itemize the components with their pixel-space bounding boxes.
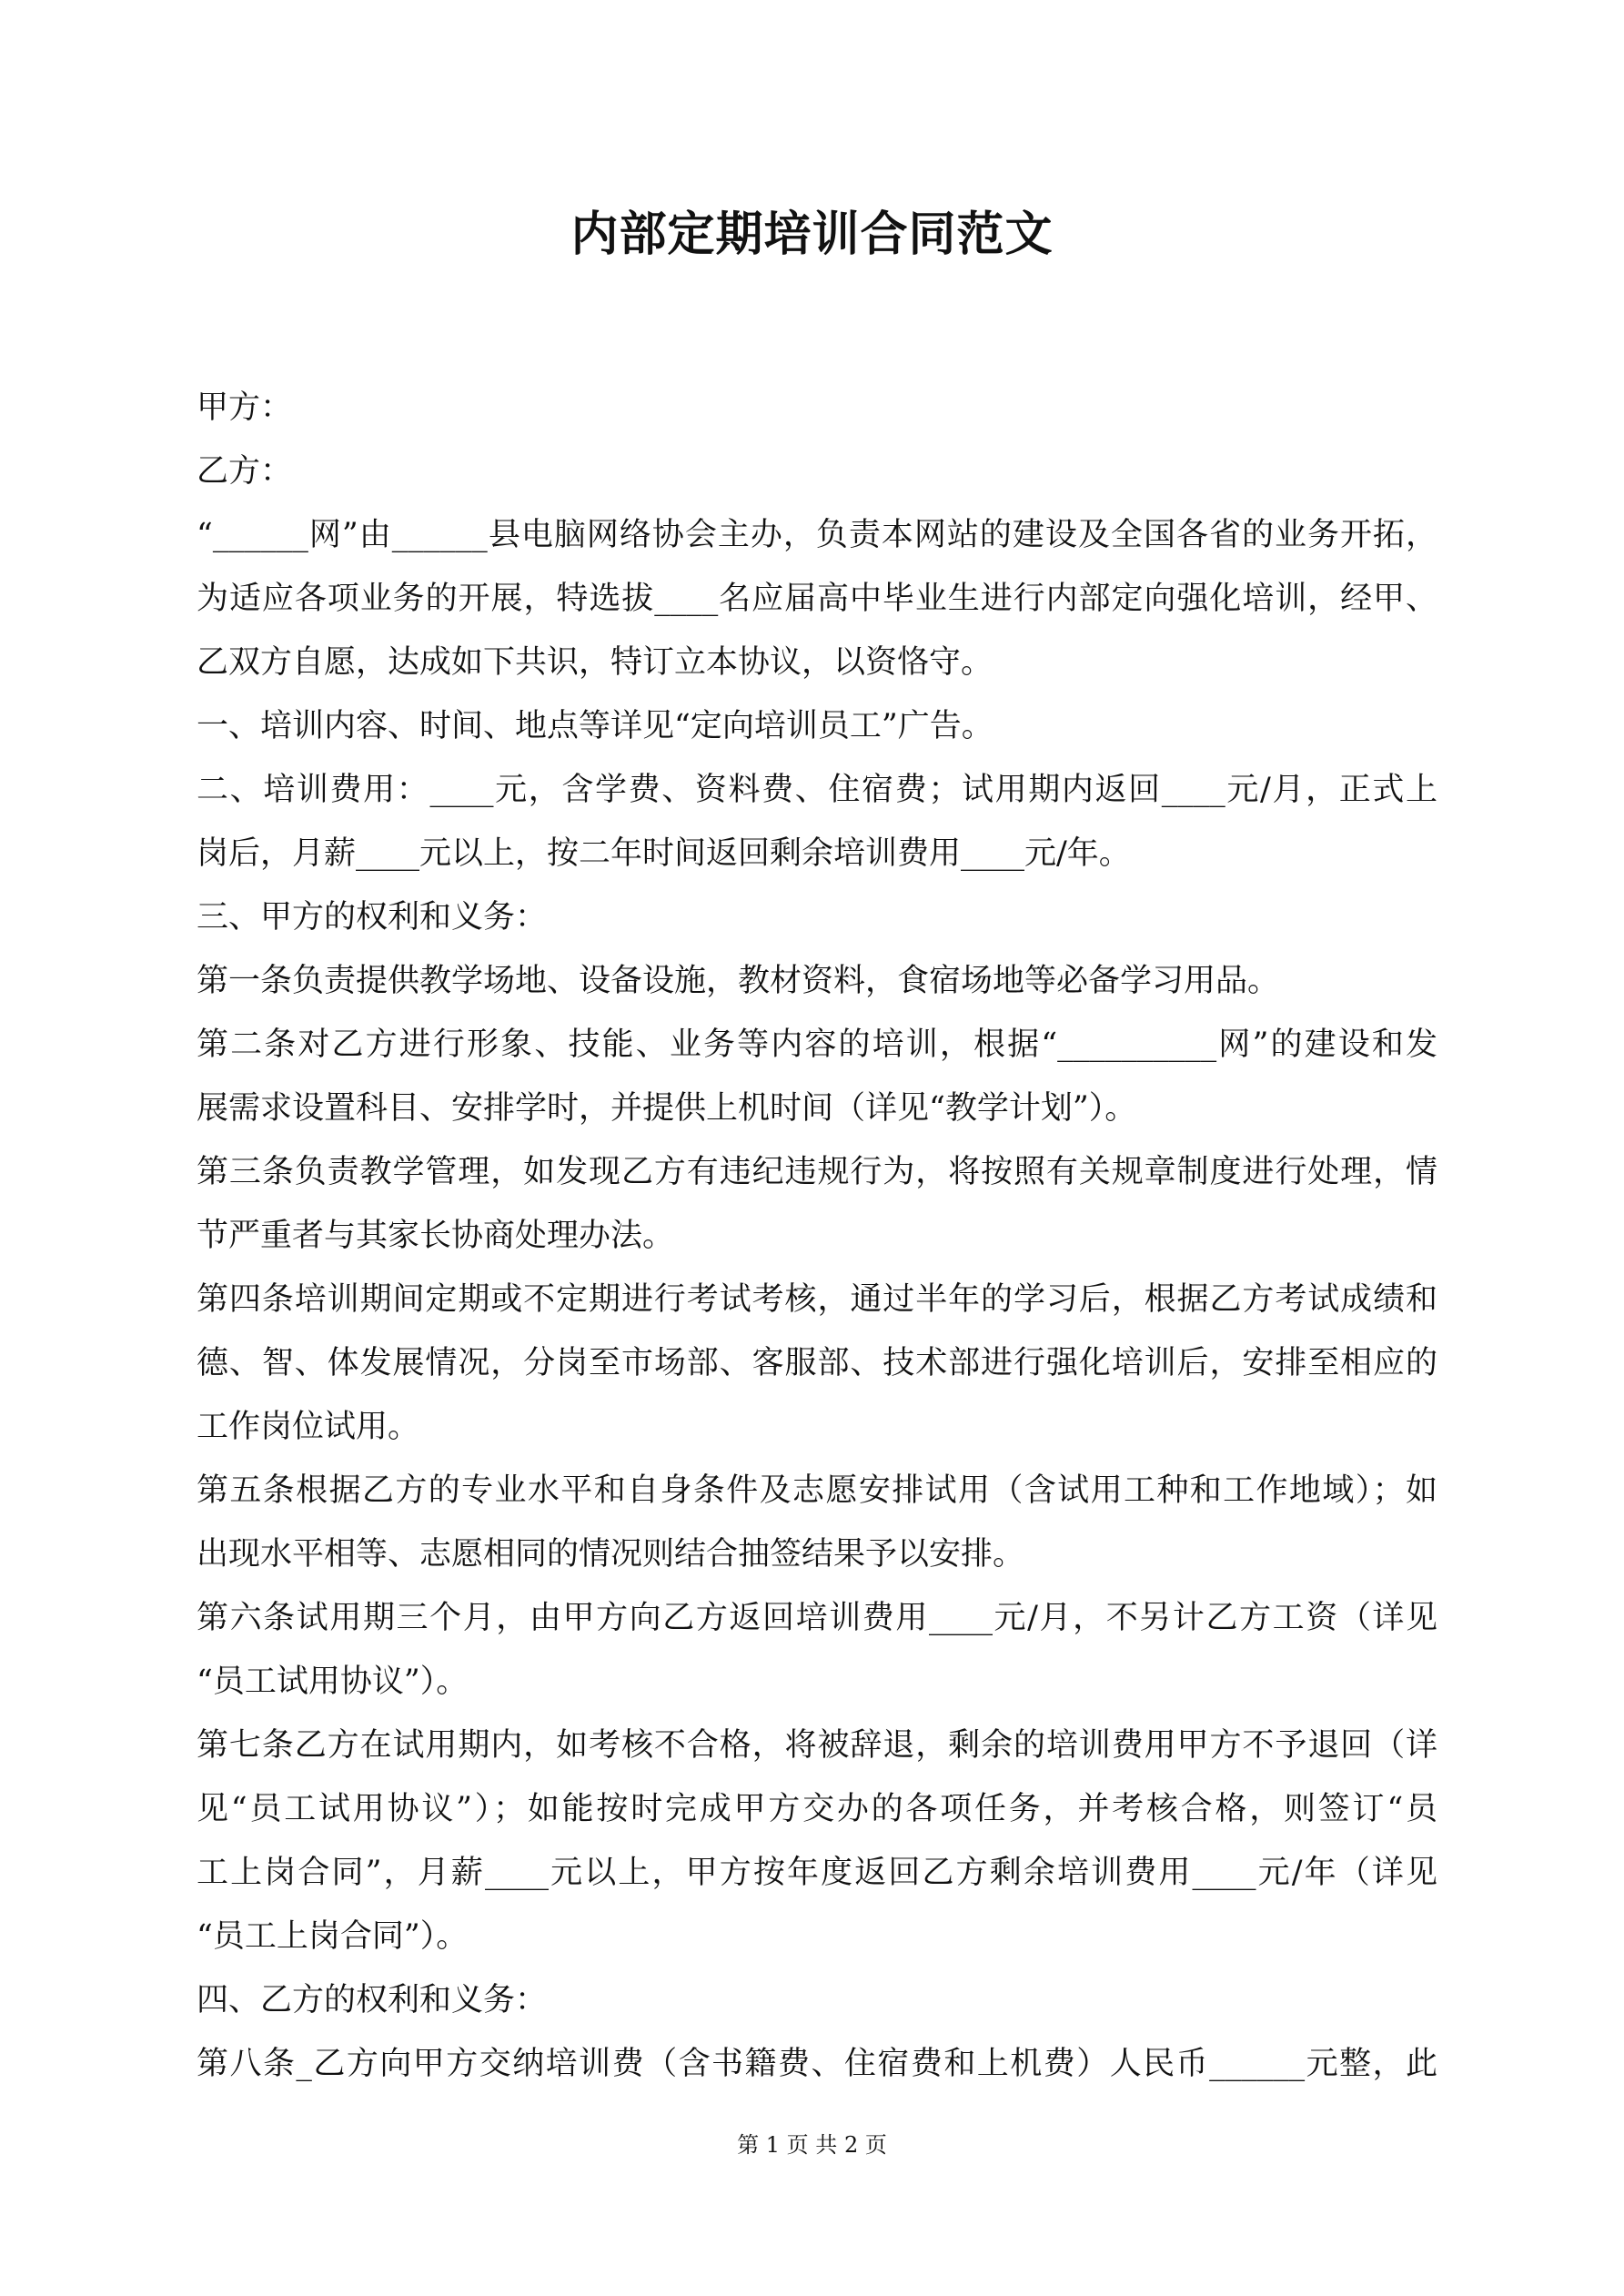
article-2-line-1: 第二条对乙方进行形象、技能、业务等内容的培训，根据“__________网”的建… — [197, 1023, 1437, 1087]
article-6-line-2: “员工试用协议”）。 — [197, 1660, 1437, 1724]
section-2-line-2: 岗后，月薪____元以上，按二年时间返回剩余培训费用____元/年。 — [197, 832, 1437, 895]
document-page: 内部定期培训合同范文 甲方： 乙方： “______网”由______县电脑网络… — [0, 0, 1624, 2296]
article-4-line-3: 工作岗位试用。 — [197, 1405, 1437, 1469]
party-a-line: 甲方： — [197, 386, 1437, 450]
article-2-line-2: 展需求设置科目、安排学时，并提供上机时间（详见“教学计划”）。 — [197, 1087, 1437, 1150]
preamble-line-3: 乙双方自愿，达成如下共识，特订立本协议，以资恪守。 — [197, 641, 1437, 704]
section-3-heading: 三、甲方的权利和义务： — [197, 895, 1437, 959]
article-1-line-1: 第一条负责提供教学场地、设备设施，教材资料，食宿场地等必备学习用品。 — [197, 959, 1437, 1023]
section-4-heading: 四、乙方的权利和义务： — [197, 1978, 1437, 2042]
article-8-line-1: 第八条_乙方向甲方交纳培训费（含书籍费、住宿费和上机费）人民币______元整，… — [197, 2042, 1437, 2106]
page-number-footer: 第 1 页 共 2 页 — [0, 2129, 1624, 2160]
article-7-line-2: 见“员工试用协议”）；如能按时完成甲方交办的各项任务，并考核合格，则签订“员 — [197, 1787, 1437, 1851]
party-b-line: 乙方： — [197, 450, 1437, 513]
article-4-line-1: 第四条培训期间定期或不定期进行考试考核，通过半年的学习后，根据乙方考试成绩和 — [197, 1278, 1437, 1341]
document-title: 内部定期培训合同范文 — [0, 206, 1624, 264]
section-2-line-1: 二、培训费用：____元，含学费、资料费、住宿费；试用期内返回____元/月，正… — [197, 768, 1437, 832]
article-3-line-2: 节严重者与其家长协商处理办法。 — [197, 1214, 1437, 1278]
preamble-line-1: “______网”由______县电脑网络协会主办，负责本网站的建设及全国各省的… — [197, 513, 1437, 577]
article-7-line-1: 第七条乙方在试用期内，如考核不合格，将被辞退，剩余的培训费用甲方不予退回（详 — [197, 1724, 1437, 1787]
article-5-line-2: 出现水平相等、志愿相同的情况则结合抽签结果予以安排。 — [197, 1532, 1437, 1596]
article-5-line-1: 第五条根据乙方的专业水平和自身条件及志愿安排试用（含试用工种和工作地域）；如 — [197, 1469, 1437, 1532]
article-7-line-3: 工上岗合同”，月薪____元以上，甲方按年度返回乙方剩余培训费用____元/年（… — [197, 1851, 1437, 1915]
section-1-heading: 一、培训内容、时间、地点等详见“定向培训员工”广告。 — [197, 704, 1437, 768]
preamble-line-2: 为适应各项业务的开展，特选拔____名应届高中毕业生进行内部定向强化培训，经甲、 — [197, 577, 1437, 641]
document-body: 甲方： 乙方： “______网”由______县电脑网络协会主办，负责本网站的… — [197, 386, 1437, 2106]
article-6-line-1: 第六条试用期三个月，由甲方向乙方返回培训费用____元/月，不另计乙方工资（详见 — [197, 1596, 1437, 1660]
article-4-line-2: 德、智、体发展情况，分岗至市场部、客服部、技术部进行强化培训后，安排至相应的 — [197, 1341, 1437, 1405]
article-7-line-4: “员工上岗合同”）。 — [197, 1915, 1437, 1978]
article-3-line-1: 第三条负责教学管理，如发现乙方有违纪违规行为，将按照有关规章制度进行处理，情 — [197, 1150, 1437, 1214]
